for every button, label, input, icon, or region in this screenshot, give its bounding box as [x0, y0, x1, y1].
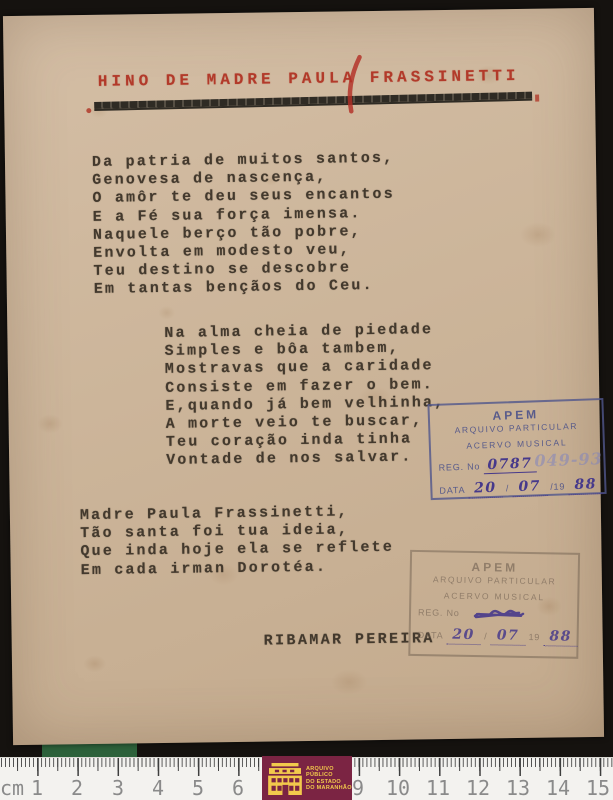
scanned-document-photo: HINO DE MADRE PAULA FRASSINETTI Da patri… [0, 0, 613, 800]
archive-stamp-upper: APEM ARQUIVO PARTICULAR ACERVO MUSICAL R… [427, 398, 606, 500]
stamp-date-year-handwritten: 88 [568, 476, 603, 495]
stamp-date-separator: / [506, 483, 510, 493]
stamp-reg-number-handwritten: 0787 [483, 455, 537, 474]
ruler-mark: 10 [386, 776, 410, 800]
poem-stanza-2: Na alma cheia de piedadeSimples e bôa ta… [164, 321, 446, 471]
ruler-mark: 1 [31, 776, 43, 800]
ruler-mark: 3 [112, 776, 124, 800]
poem-line: Vontade de nos salvar. [166, 448, 446, 470]
stamp-reg-row: REG. No [418, 607, 577, 622]
stamp-date-label: DATA [418, 630, 444, 640]
stamp-date-separator: / [484, 631, 487, 641]
stamp-reg-label: REG. No [418, 607, 460, 618]
measurement-ruler: cm1234569101112131415 ARQUIVOPÚ [0, 757, 613, 800]
poem-line: Em cada irman Dorotéa. [81, 557, 395, 580]
ruler-mark: 2 [71, 776, 83, 800]
ruler-mark: 11 [426, 776, 450, 800]
archive-building-icon [268, 763, 302, 795]
stamp-date-year-printed: /19 [550, 481, 565, 492]
ruler-mark: 6 [232, 776, 244, 800]
archive-logo-text-line: DO MARANHÃO [306, 785, 352, 792]
stamp-date-year-printed: 19 [528, 632, 540, 642]
stamp-date-label: DATA [439, 485, 465, 496]
poem-stanza-3: Madre Paula Frassinetti,Tão santa foi tu… [80, 503, 395, 580]
ruler-mark: cm [0, 776, 24, 800]
ruler-mark: 12 [466, 776, 490, 800]
document-title: HINO DE MADRE PAULA FRASSINETTI [98, 67, 520, 91]
scribbled-out-number [473, 608, 525, 621]
stamp-reg-row: REG. No 0787 049-93 [438, 453, 603, 475]
ruler-mark: 13 [506, 776, 530, 800]
ruler-mark: 5 [192, 776, 204, 800]
ruler-mark: 4 [152, 776, 164, 800]
red-pen-mark [338, 55, 369, 113]
archive-logo: ARQUIVOPÚBLICODO ESTADODO MARANHÃO [262, 756, 352, 800]
stamp-org-name: APEM [412, 559, 578, 576]
ruler-mark: 14 [546, 776, 570, 800]
stamp-line-3: ACERVO MUSICAL [411, 590, 577, 603]
stamp-line-2: ARQUIVO PARTICULAR [412, 574, 578, 587]
stamp-date-year-handwritten: 88 [543, 628, 578, 647]
stamp-date-month: 07 [512, 478, 547, 497]
document-paper: HINO DE MADRE PAULA FRASSINETTI Da patri… [3, 8, 604, 745]
ruler-mark: 15 [586, 776, 610, 800]
poem-line: Em tantas bençãos do Ceu. [94, 277, 397, 299]
stamp-date-row: DATA 20 / 07 19 88 [418, 626, 577, 645]
stamp-date-month: 07 [491, 627, 526, 646]
stamp-date-day: 20 [468, 480, 503, 499]
title-underline [94, 92, 532, 111]
poem-stanza-1: Da patria de muitos santos,Genovesa de n… [92, 150, 396, 300]
stamp-date-row: DATA 20 / 07 /19 88 [439, 476, 604, 498]
ruler-mark: 9 [352, 776, 364, 800]
stamp-date-day: 20 [446, 627, 481, 646]
archive-stamp-lower: APEM ARQUIVO PARTICULAR ACERVO MUSICAL R… [408, 550, 580, 659]
stamp-reg-ghost-number: 049-93 [534, 449, 603, 470]
stamp-reg-label: REG. No [438, 461, 480, 472]
archive-logo-text: ARQUIVOPÚBLICODO ESTADODO MARANHÃO [306, 766, 352, 792]
